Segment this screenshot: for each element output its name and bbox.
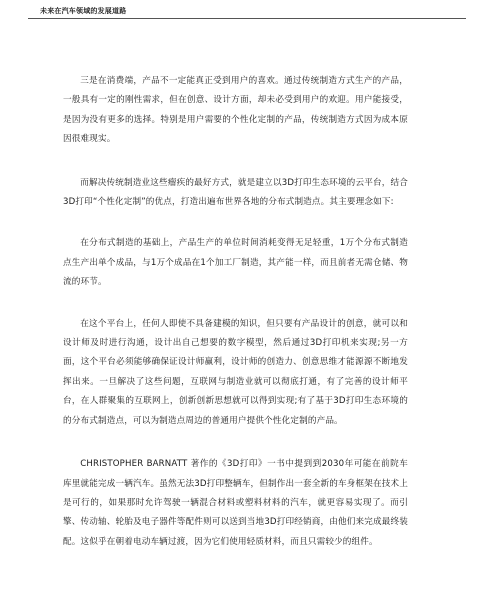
paragraph-distributed-manufacturing: 在分布式制造的基础上，产品生产的单位时间消耗变得无足轻重，1万个分布式制造点生产… (63, 234, 408, 292)
document-body: 三是在消费端，产品不一定能真正受到用户的喜欢。通过传统制造方式生产的产品，一般具… (63, 72, 408, 574)
paragraph-barnatt-3d-printing: CHRISTOPHER BARNATT 著作的《3D打印》一书中提到到2030年… (63, 455, 408, 552)
paragraph-cloud-platform: 而解决传统制造业这些瘤疾的最好方式，就是建立以3D打印生态环境的云平台，结合3D… (63, 174, 408, 213)
page-header: 未来在汽车领域的发展道路 (28, 6, 466, 19)
paragraph-designer-platform: 在这个平台上，任何人即使不具备建模的知识，但只要有产品设计的创意，就可以和设计师… (63, 315, 408, 431)
paragraph-consumer-side: 三是在消费端，产品不一定能真正受到用户的喜欢。通过传统制造方式生产的产品，一般具… (63, 72, 408, 150)
running-header-title: 未来在汽车领域的发展道路 (28, 6, 466, 16)
